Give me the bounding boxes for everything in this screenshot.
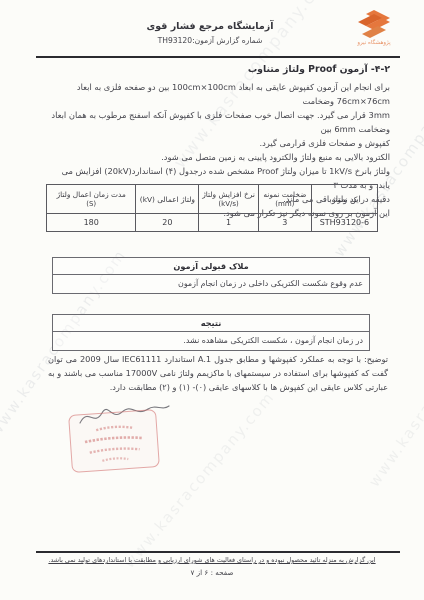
- result-title: نتیجه: [53, 315, 369, 332]
- niroo-logo-icon: [354, 9, 394, 39]
- footer-divider: [36, 551, 400, 553]
- cell-duration: 180: [47, 214, 136, 232]
- test-parameters-table: کد نمونه ضخامت نمونه (mm) نرخ افزایش ولت…: [46, 184, 378, 232]
- report-header: آزمایشگاه مرجع فشار قوی شماره گزارش آزمو…: [120, 21, 300, 45]
- section-title: ۴-۲- آزمون Proof ولتاژ متناوب: [40, 64, 390, 75]
- cell-voltage: 20: [136, 214, 199, 232]
- lab-title: آزمایشگاه مرجع فشار قوی: [120, 21, 300, 32]
- header-unit: (mm): [260, 200, 310, 208]
- acceptance-title: ملاک قبولی آزمون: [53, 258, 369, 275]
- lab-stamp-icon: [68, 409, 160, 473]
- logo-caption: پژوهشگاه نیرو: [350, 40, 398, 46]
- paragraph-line: برای انجام این آزمون کفپوش عایقی به ابعا…: [46, 80, 390, 108]
- paragraph-line: کفپوش و صفحات فلزی قرارمی گیرد.: [46, 136, 390, 150]
- header-unit: (kV/s): [200, 200, 257, 208]
- report-number: شماره گزارش آزمون:TH93120: [120, 36, 300, 45]
- header-unit: (S): [48, 200, 134, 208]
- header-divider: [36, 56, 400, 58]
- niroo-logo: پژوهشگاه نیرو: [350, 9, 398, 46]
- disclaimer-text: این گزارش به منزله تائید محصول نبوده و د…: [48, 556, 375, 564]
- acceptance-criterion-box: ملاک قبولی آزمون عدم وقوع شکست الکتریکی …: [52, 257, 370, 294]
- header-label: ضخامت نمونه: [260, 190, 310, 199]
- table-data-row: STH93120-6 3 1 20 180: [47, 214, 378, 232]
- cell-thickness: 3: [258, 214, 311, 232]
- header-label: ولتاژ اعمالی (kV): [137, 195, 197, 204]
- cell-rate: 1: [199, 214, 259, 232]
- header-sample-code: کد نمونه: [311, 185, 377, 214]
- acceptance-body: عدم وقوع شکست الکتریکی داخلی در زمان انج…: [53, 275, 369, 293]
- page-number: صفحه : ۶ از ۷: [0, 568, 424, 577]
- header-duration: مدت زمان اعمال ولتاژ (S): [47, 185, 136, 214]
- header-voltage: ولتاژ اعمالی (kV): [136, 185, 199, 214]
- header-thickness: ضخامت نمونه (mm): [258, 185, 311, 214]
- result-body: در زمان انجام آزمون ، شکست الکتریکی مشاه…: [53, 332, 369, 350]
- paragraph-line: الکترود بالایی به منبع ولتاژ والکترود پا…: [46, 150, 390, 164]
- header-rate: نرخ افزایش ولتاژ (kV/s): [199, 185, 259, 214]
- result-box: نتیجه در زمان انجام آزمون ، شکست الکتریک…: [52, 314, 370, 351]
- explanation-note: توضیح: با توجه به عملکرد کفپوشها و مطابق…: [48, 352, 388, 394]
- paragraph-line: 3mm قرار می گیرد. جهت اتصال خوب صفحات فل…: [46, 108, 390, 136]
- stamp-text-lines: [69, 410, 159, 472]
- cell-sample-code: STH93120-6: [311, 214, 377, 232]
- report-page: www.kasracompany.com www.kasracompany.co…: [0, 0, 424, 600]
- header-label: نرخ افزایش ولتاژ: [200, 190, 257, 199]
- table-header-row: کد نمونه ضخامت نمونه (mm) نرخ افزایش ولت…: [47, 185, 378, 214]
- footer-disclaimer: این گزارش به منزله تائید محصول نبوده و د…: [0, 556, 424, 564]
- header-label: کد نمونه: [313, 195, 376, 204]
- header-label: مدت زمان اعمال ولتاژ: [48, 190, 134, 199]
